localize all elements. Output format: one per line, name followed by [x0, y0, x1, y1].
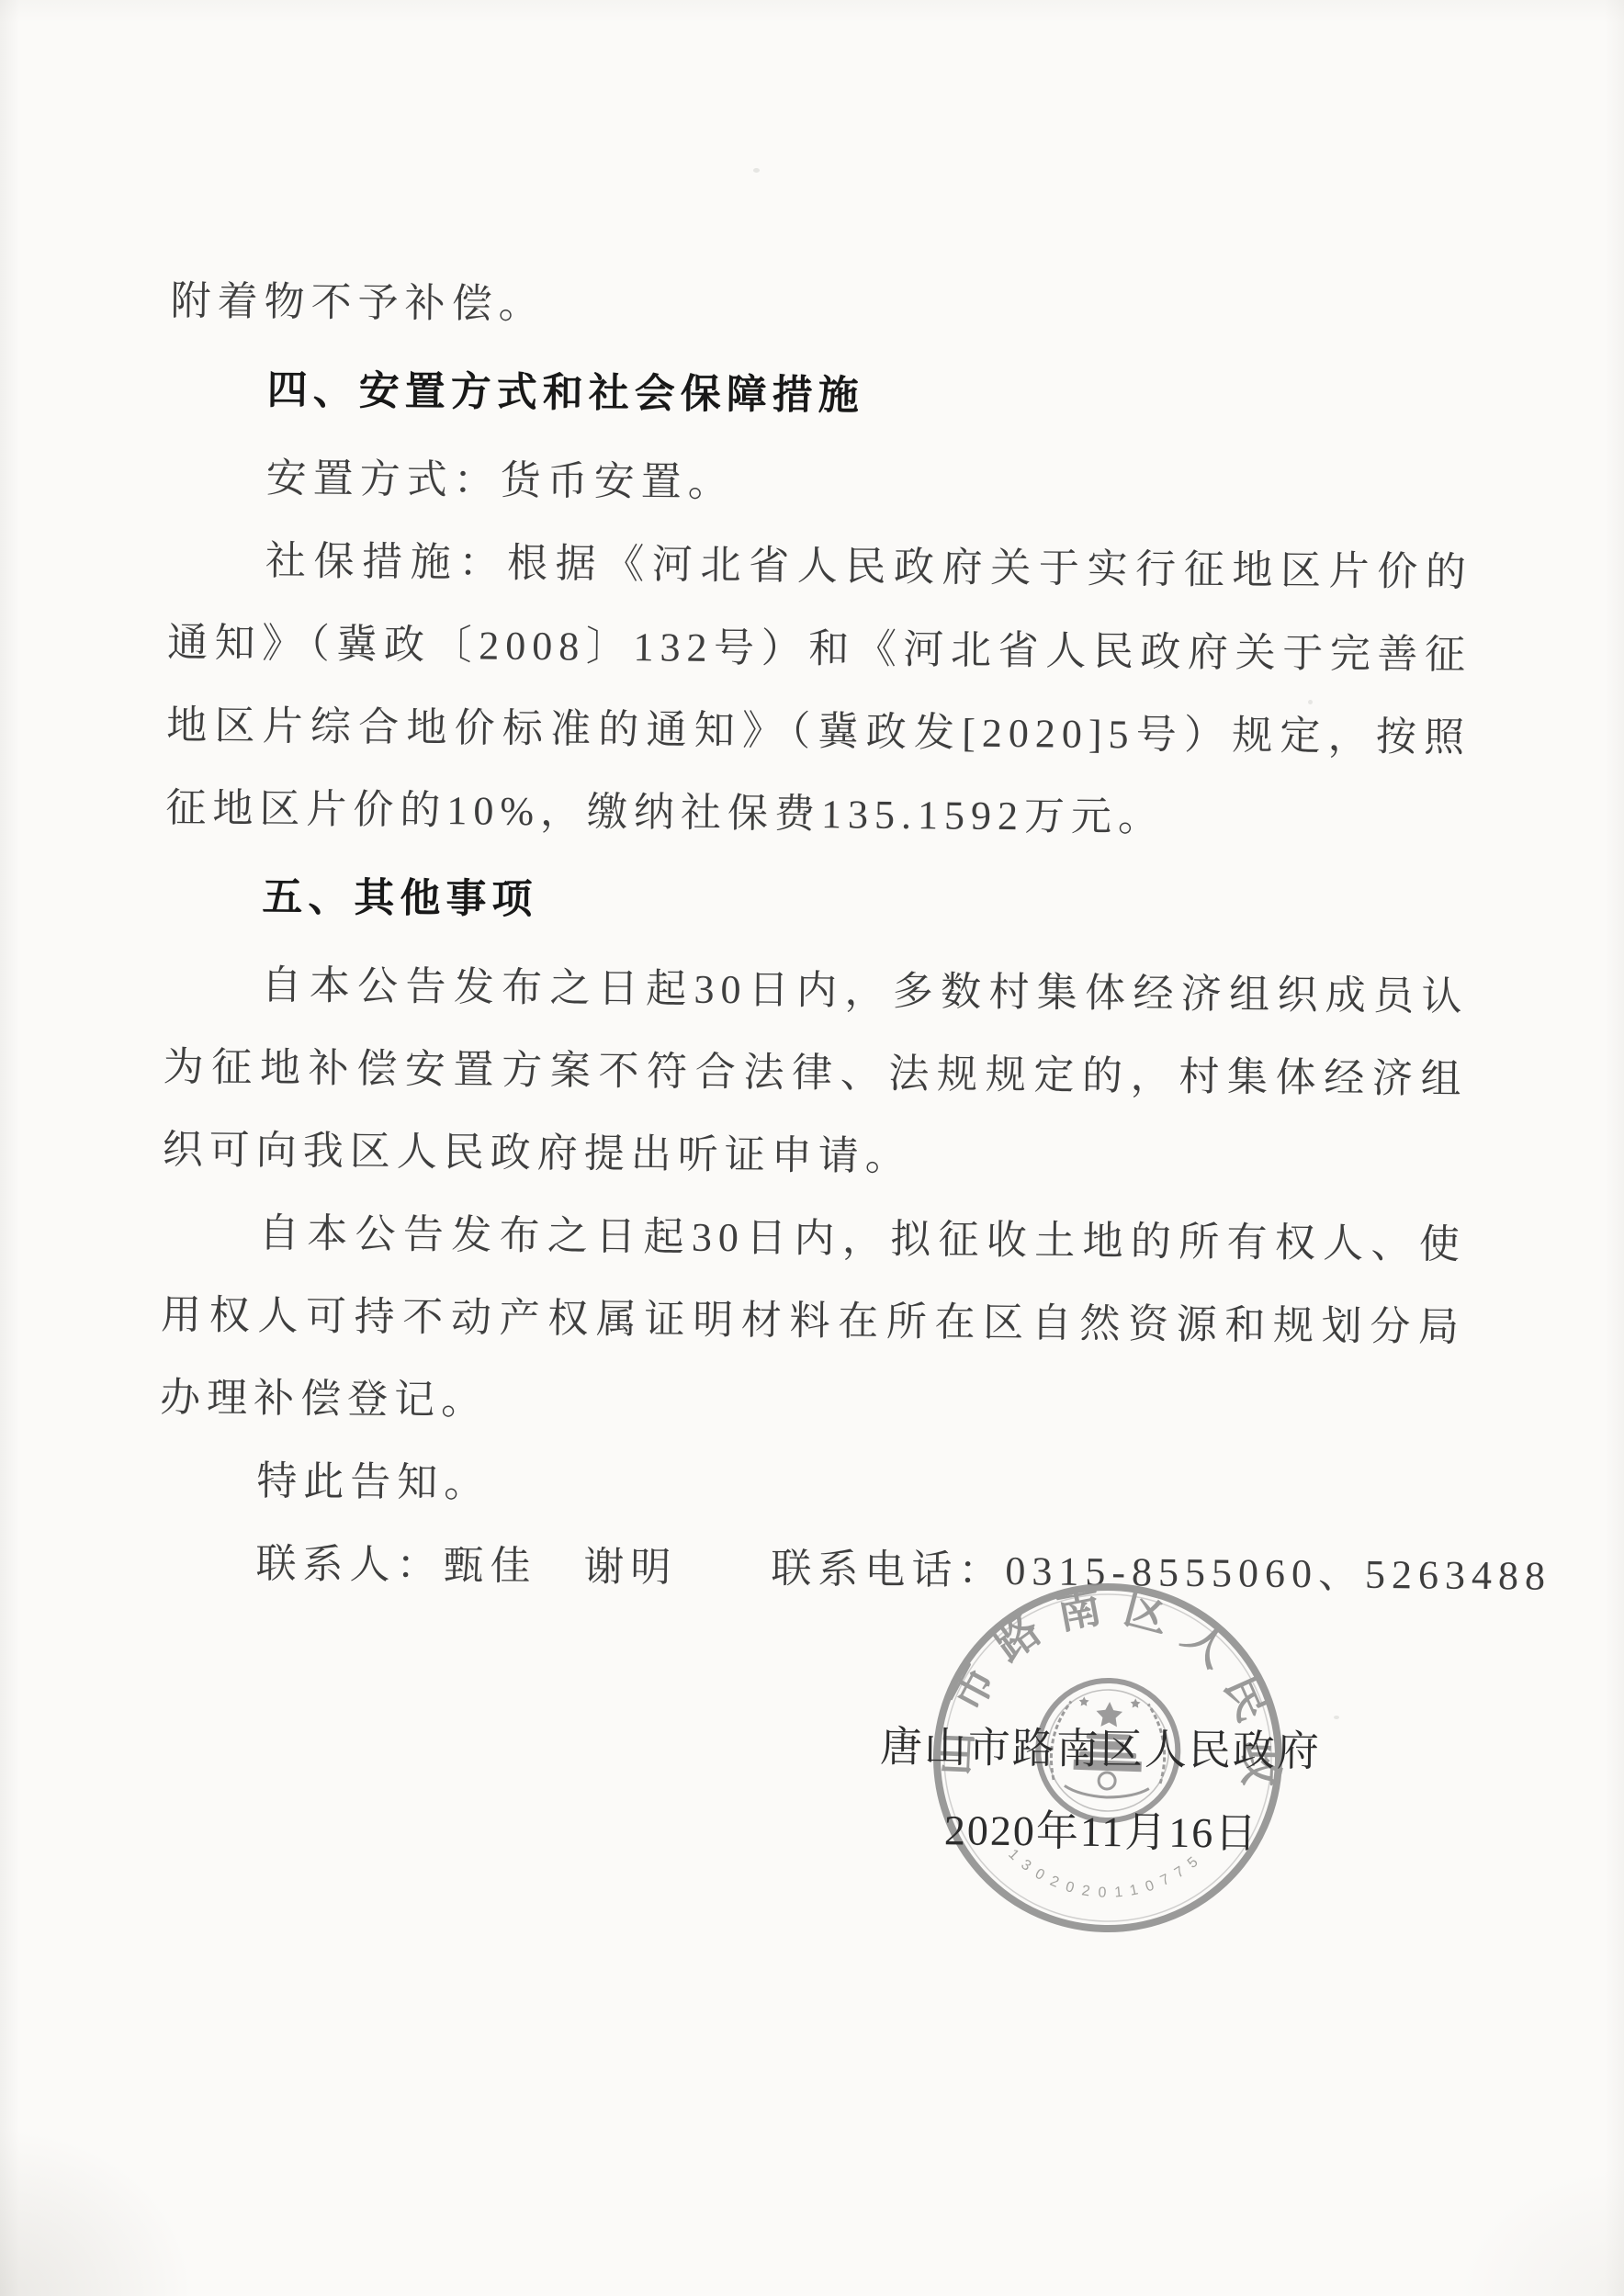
- body-line: 通知》（冀政〔2008〕132号）和《河北省人民政府关于完善征: [167, 602, 1472, 697]
- body-line: 特此告知。: [159, 1439, 1464, 1535]
- small-star-icon: [1079, 1696, 1089, 1706]
- body-line: 联系人：甄佳 谢明 联系电话：0315-8555060、5263488: [158, 1522, 1463, 1617]
- body-line: 社保措施：根据《河北省人民政府关于实行征地区片价的: [168, 519, 1473, 614]
- body-line: 为征地补偿安置方案不符合法律、法规规定的，村集体经济组: [163, 1026, 1468, 1121]
- body-line: 附着物不予补偿。: [170, 260, 1475, 355]
- body-line: 办理补偿登记。: [160, 1356, 1465, 1452]
- seal-outer-ring-inner-edge: [939, 1589, 1277, 1927]
- body-line: 自本公告发布之日起30日内，多数村集体经济组织成员认: [164, 943, 1469, 1039]
- body-line: 征地区片价的10%，缴纳社保费135.1592万元。: [165, 767, 1471, 862]
- scan-speckle: [1308, 700, 1313, 704]
- seal-outer-ring: [931, 1581, 1285, 1935]
- star-icon: [1096, 1702, 1123, 1728]
- scanned-page: 附着物不予补偿。四、安置方式和社会保障措施安置方式：货币安置。社保措施：根据《河…: [0, 0, 1624, 2296]
- ribbon-icon: [1065, 1785, 1149, 1798]
- body-line: 地区片综合地价标准的通知》（冀政发[2020]5号）规定，按照: [166, 684, 1472, 780]
- gate-icon: [1074, 1733, 1143, 1773]
- scan-speckle: [753, 168, 760, 173]
- scan-speckle: [1334, 1716, 1339, 1719]
- national-emblem-icon: [1036, 1678, 1180, 1822]
- official-seal: 唐山市路南区人民政府 1302020110775: [921, 1571, 1293, 1943]
- body-line: 织可向我区人民政府提出听证申请。: [162, 1109, 1467, 1204]
- section-heading: 五、其他事项: [164, 855, 1470, 951]
- section-heading: 四、安置方式和社会保障措施: [169, 348, 1474, 444]
- issuer-name: 唐山市路南区人民政府: [880, 1713, 1322, 1778]
- body-line: 用权人可持不动产权属证明材料在所在区自然资源和规划分局: [161, 1274, 1466, 1369]
- body-line: 自本公告发布之日起30日内，拟征收土地的所有权人、使: [161, 1191, 1466, 1287]
- body-line: 安置方式：货币安置。: [168, 436, 1473, 532]
- issue-date: 2020年11月16日: [944, 1796, 1259, 1861]
- document-lines: 附着物不予补偿。四、安置方式和社会保障措施安置方式：货币安置。社保措施：根据《河…: [158, 260, 1475, 1617]
- seal-code: 1302020110775: [1004, 1846, 1204, 1904]
- small-star-icon: [1130, 1698, 1140, 1708]
- gear-icon: [1099, 1773, 1116, 1790]
